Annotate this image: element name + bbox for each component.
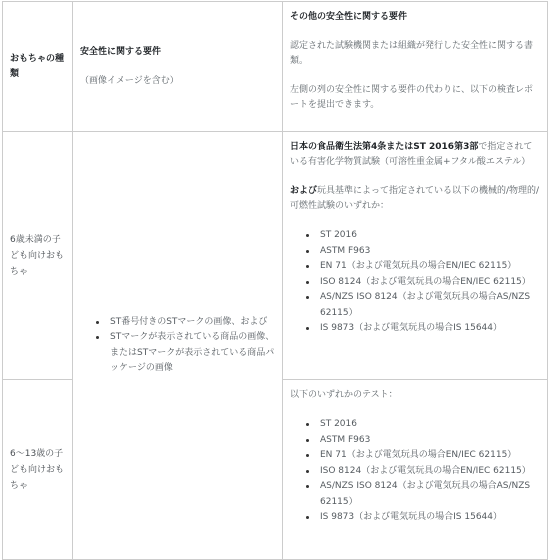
header-safety-requirements-cell: 安全性に関する要件 （画像イメージを含む） [73, 2, 283, 132]
table-row-under-6: 6歳未満の子ども向けおもちゃ ST番号付きのSTマークの画像、および STマーク… [3, 132, 548, 380]
toy-safety-requirements-table: おもちゃの種類 安全性に関する要件 （画像イメージを含む） その他の安全性に関す… [2, 1, 548, 547]
header-other-requirements-cell: その他の安全性に関する要件 認定された試験機関または組織が発行した安全性に関する… [283, 2, 548, 132]
list-item: ST番号付きのSTマークの画像、および [110, 315, 275, 331]
list-item: IS 9873（および電気玩具の場合IS 15644） [320, 510, 540, 526]
header-other-requirements-title: その他の安全性に関する要件 [290, 10, 540, 25]
chemical-test-paragraph: 日本の食品衛生法第4条またはST 2016第3部で指定されている有害化学物質試験… [290, 140, 540, 170]
header-safety-requirements-subtitle: （画像イメージを含む） [80, 74, 275, 89]
header-other-requirements-paragraph-1: 認定された試験機関または組織が発行した安全性に関する書類。 [290, 39, 540, 69]
header-toy-type: おもちゃの種類 [10, 54, 64, 79]
list-item: AS/NZS ISO 8124（および電気玩具の場合AS/NZS 62115） [320, 479, 540, 510]
other-requirements-cell: 日本の食品衛生法第4条またはST 2016第3部で指定されている有害化学物質試験… [283, 132, 548, 380]
header-other-requirements-paragraph-2: 左側の列の安全性に関する要件の代わりに、以下の検査レポートを提出できます。 [290, 83, 540, 113]
list-item: STマークが表示されている商品の画像、またはSTマークが表示されている商品パッケ… [110, 330, 275, 377]
header-row: おもちゃの種類 安全性に関する要件 （画像イメージを含む） その他の安全性に関す… [3, 2, 548, 132]
list-item: ST 2016 [320, 417, 540, 433]
test-intro: 以下のいずれかのテスト： [290, 388, 540, 403]
list-item: IS 9873（および電気玩具の場合IS 15644） [320, 321, 540, 337]
chemical-test-law: 日本の食品衛生法第4条またはST 2016第3部 [290, 142, 478, 152]
list-item: AS/NZS ISO 8124（および電気玩具の場合AS/NZS 62115） [320, 290, 540, 321]
test-standards-list: ST 2016 ASTM F963 EN 71（および電気玩具の場合EN/IEC… [290, 417, 540, 526]
toy-type-label: 6歳未満の子ども向けおもちゃ [10, 232, 65, 280]
toy-type-cell: 6～13歳の子ども向けおもちゃ [3, 380, 73, 548]
header-safety-requirements-title: 安全性に関する要件 [80, 45, 275, 60]
toy-type-label: 6～13歳の子ども向けおもちゃ [10, 446, 65, 494]
mechanical-test-paragraph: および玩具基準によって指定されている以下の機械的/物理的/可燃性試験のいずれか： [290, 184, 540, 214]
list-item: EN 71（および電気玩具の場合EN/IEC 62115） [320, 259, 540, 275]
list-item: ASTM F963 [320, 433, 540, 449]
list-item: ASTM F963 [320, 244, 540, 260]
toy-type-cell: 6歳未満の子ども向けおもちゃ [3, 132, 73, 380]
other-requirements-cell: 以下のいずれかのテスト： ST 2016 ASTM F963 EN 71（および… [283, 380, 548, 548]
mechanical-test-and: および [290, 186, 317, 196]
safety-requirements-cell: ST番号付きのSTマークの画像、および STマークが表示されている商品の画像、ま… [73, 132, 283, 548]
list-item: ST 2016 [320, 228, 540, 244]
test-standards-list: ST 2016 ASTM F963 EN 71（および電気玩具の場合EN/IEC… [290, 228, 540, 337]
list-item: ISO 8124（および電気玩具の場合EN/IEC 62115） [320, 464, 540, 480]
mechanical-test-description: 玩具基準によって指定されている以下の機械的/物理的/可燃性試験のいずれか： [290, 186, 539, 211]
header-toy-type-cell: おもちゃの種類 [3, 2, 73, 132]
list-item: ISO 8124（および電気玩具の場合EN/IEC 62115） [320, 275, 540, 291]
list-item: EN 71（および電気玩具の場合EN/IEC 62115） [320, 448, 540, 464]
safety-requirements-list: ST番号付きのSTマークの画像、および STマークが表示されている商品の画像、ま… [80, 315, 275, 377]
